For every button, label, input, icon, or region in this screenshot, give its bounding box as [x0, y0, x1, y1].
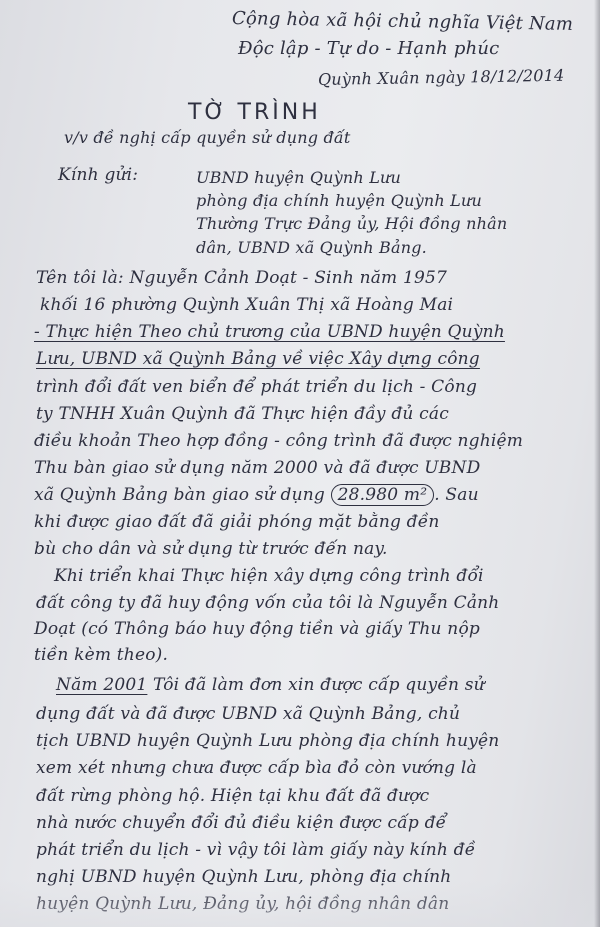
paper-shadow [0, 880, 600, 927]
national-title: Cộng hòa xã hội chủ nghĩa Việt Nam [232, 8, 573, 35]
land-area-highlight: 28.980 m² [331, 484, 435, 506]
body-line: trình đổi đất ven biển để phát triển du … [36, 377, 477, 397]
body-line: - Thực hiện Theo chủ trương của UBND huy… [34, 322, 505, 342]
body-text: . Sau [434, 485, 479, 505]
place-date: Quỳnh Xuân ngày 18/12/2014 [318, 66, 565, 89]
body-line: Lưu, UBND xã Quỳnh Bảng về việc Xây dựng… [36, 349, 480, 369]
national-motto: Độc lập - Tự do - Hạnh phúc [238, 38, 499, 59]
recipient-line: dân, UBND xã Quỳnh Bảng. [196, 238, 427, 257]
body-line: dụng đất và đã được UBND xã Quỳnh Bảng, … [36, 704, 460, 724]
body-line: đất rừng phòng hộ. Hiện tại khu đất đã đ… [36, 786, 429, 806]
body-line: Năm 2001 Tôi đã làm đơn xin được cấp quy… [56, 675, 485, 695]
body-line: bù cho dân và sử dụng từ trước đến nay. [34, 539, 388, 559]
body-line: tiền kèm theo). [34, 645, 168, 665]
body-text: Tôi đã làm đơn xin được cấp quyền sử [147, 675, 484, 695]
recipients-label: Kính gửi: [58, 165, 138, 185]
body-line: xem xét nhưng chưa được cấp bìa đỏ còn v… [36, 758, 477, 778]
recipient-line: phòng địa chính huyện Quỳnh Lưu [196, 191, 482, 210]
body-line: điều khoản Theo hợp đồng - công trình đã… [34, 431, 523, 451]
body-line: nhà nước chuyển đổi đủ điều kiện được cấ… [36, 813, 446, 833]
recipient-line: UBND huyện Quỳnh Lưu [196, 168, 401, 187]
body-line: Thu bàn giao sử dụng năm 2000 và đã được… [34, 458, 480, 478]
body-line: Tên tôi là: Nguyễn Cảnh Doạt - Sinh năm … [36, 268, 447, 288]
body-line: khối 16 phường Quỳnh Xuân Thị xã Hoàng M… [40, 295, 453, 315]
year-highlight: Năm 2001 [56, 675, 147, 695]
body-text: xã Quỳnh Bảng bàn giao sử dụng [34, 485, 325, 505]
body-line: phát triển du lịch - vì vậy tôi làm giấy… [36, 840, 475, 860]
body-line: Khi triển khai Thực hiện xây dựng công t… [54, 566, 484, 586]
paper-edge [594, 0, 600, 927]
document-title: TỜ TRÌNH [188, 100, 321, 125]
handwritten-letter-page: Cộng hòa xã hội chủ nghĩa Việt Nam Độc l… [0, 0, 600, 927]
body-line: đất công ty đã huy động vốn của tôi là N… [36, 593, 499, 613]
body-line: xã Quỳnh Bảng bàn giao sử dụng 28.980 m²… [34, 485, 479, 505]
body-line: tịch UBND huyện Quỳnh Lưu phòng địa chín… [36, 731, 499, 751]
recipient-line: Thường Trực Đảng ủy, Hội đồng nhân [196, 214, 507, 233]
document-subject: v/v đề nghị cấp quyền sử dụng đất [64, 128, 351, 147]
body-line: ty TNHH Xuân Quỳnh đã Thực hiện đầy đủ c… [36, 404, 449, 424]
body-line: Doạt (có Thông báo huy động tiền và giấy… [34, 619, 480, 639]
body-line: khi được giao đất đã giải phóng mặt bằng… [34, 512, 440, 532]
